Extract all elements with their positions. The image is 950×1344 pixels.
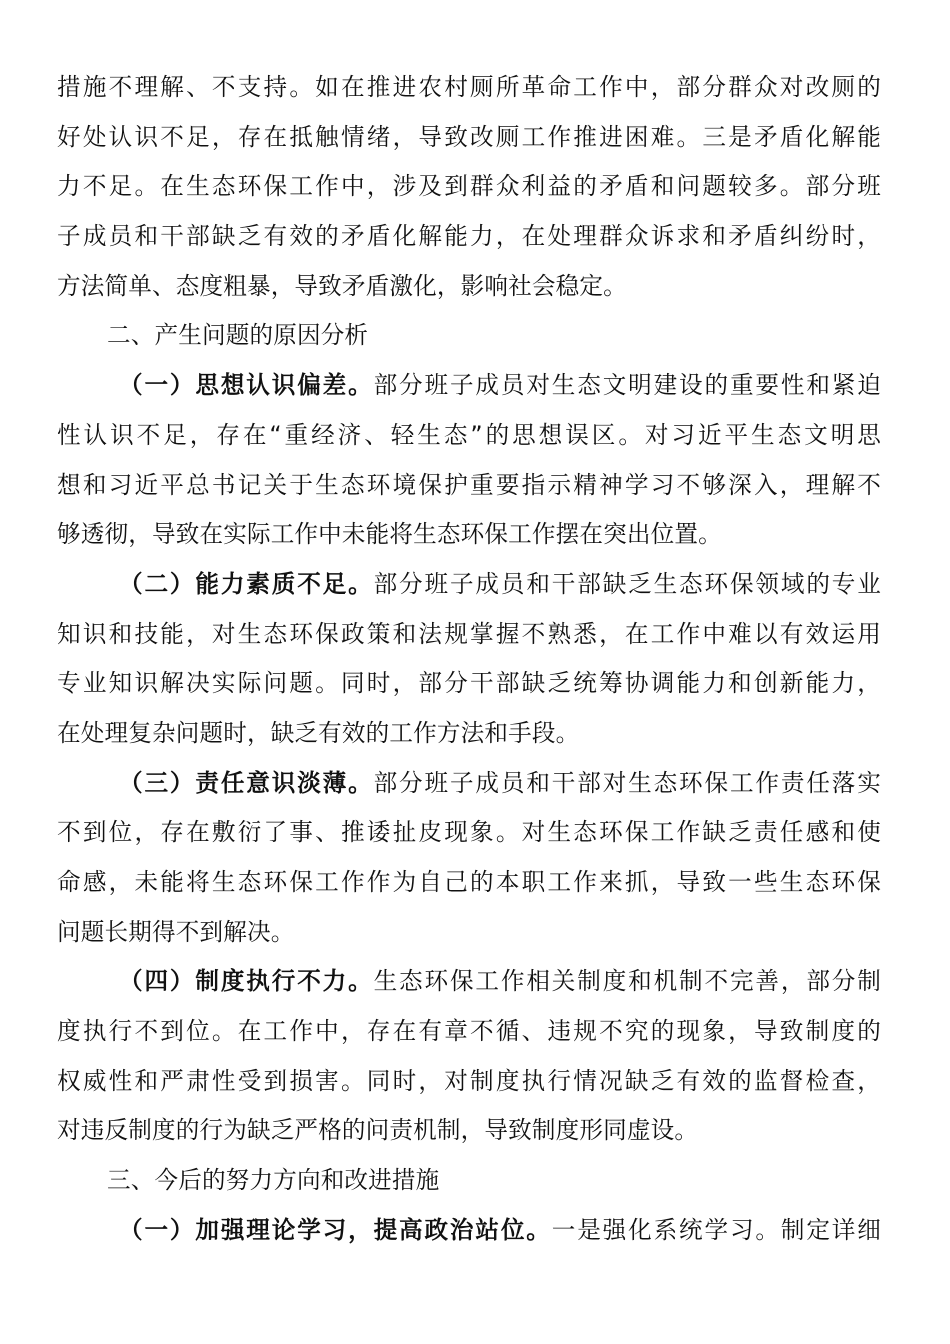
- document-page: 措施不理解、不支持。如在推进农村厕所革命工作中，部分群众对改厕的 好处认识不足，…: [57, 63, 881, 1256]
- subsection-first-line: （一）加强理论学习，提高政治站位。一是强化系统学习。制定详细: [57, 1206, 881, 1256]
- subsection-title: （四）制度执行不力。: [119, 967, 374, 995]
- subsection-weak-responsibility: （三）责任意识淡薄。部分班子成员和干部对生态环保工作责任落实 不到位，存在敷衍了…: [57, 759, 881, 958]
- text-line: 问题长期得不到解决。: [57, 908, 881, 958]
- text-line: 力不足。在生态环保工作中，涉及到群众利益的矛盾和问题较多。部分班: [57, 162, 881, 212]
- subsection-title: （二）能力素质不足。: [119, 570, 374, 598]
- text-line: 命感，未能将生态环保工作作为自己的本职工作来抓，导致一些生态环保: [57, 858, 881, 908]
- subsection-ideological-bias: （一）思想认识偏差。部分班子成员对生态文明建设的重要性和紧迫 性认识不足，存在“…: [57, 361, 881, 560]
- subsection-title: （一）加强理论学习，提高政治站位。: [119, 1216, 552, 1244]
- text-line: 对违反制度的行为缺乏严格的问责机制，导致制度形同虚设。: [57, 1106, 881, 1156]
- subsection-text: 一是强化系统学习。制定详细: [552, 1216, 881, 1244]
- subsection-text: 部分班子成员和干部缺乏生态环保领域的专业: [374, 570, 881, 598]
- subsection-first-line: （一）思想认识偏差。部分班子成员对生态文明建设的重要性和紧迫: [57, 361, 881, 411]
- text-line: 子成员和干部缺乏有效的矛盾化解能力，在处理群众诉求和矛盾纠纷时，: [57, 212, 881, 262]
- text-line: 不到位，存在敷衍了事、推诿扯皮现象。对生态环保工作缺乏责任感和使: [57, 808, 881, 858]
- subsection-title: （三）责任意识淡薄。: [119, 769, 374, 797]
- text-line: 专业知识解决实际问题。同时，部分干部缺乏统筹协调能力和创新能力，: [57, 659, 881, 709]
- text-line: 措施不理解、不支持。如在推进农村厕所革命工作中，部分群众对改厕的: [57, 63, 881, 113]
- subsection-weak-enforcement: （四）制度执行不力。生态环保工作相关制度和机制不完善，部分制 度执行不到位。在工…: [57, 957, 881, 1156]
- text-line: 在处理复杂问题时，缺乏有效的工作方法和手段。: [57, 709, 881, 759]
- text-line: 知识和技能，对生态环保政策和法规掌握不熟悉，在工作中难以有效运用: [57, 610, 881, 660]
- subsection-strengthen-study: （一）加强理论学习，提高政治站位。一是强化系统学习。制定详细: [57, 1206, 881, 1256]
- text-line: 权威性和严肃性受到损害。同时，对制度执行情况缺乏有效的监督检查，: [57, 1057, 881, 1107]
- subsection-first-line: （四）制度执行不力。生态环保工作相关制度和机制不完善，部分制: [57, 957, 881, 1007]
- subsection-text: 生态环保工作相关制度和机制不完善，部分制: [374, 967, 881, 995]
- text-line: 好处认识不足，存在抵触情绪，导致改厕工作推进困难。三是矛盾化解能: [57, 113, 881, 163]
- subsection-title: （一）思想认识偏差。: [119, 371, 374, 399]
- body-paragraph: 措施不理解、不支持。如在推进农村厕所革命工作中，部分群众对改厕的 好处认识不足，…: [57, 63, 881, 311]
- subsection-first-line: （三）责任意识淡薄。部分班子成员和干部对生态环保工作责任落实: [57, 759, 881, 809]
- subsection-text: 部分班子成员对生态文明建设的重要性和紧迫: [374, 371, 881, 399]
- text-line: 想和习近平总书记关于生态环境保护重要指示精神学习不够深入，理解不: [57, 461, 881, 511]
- subsection-insufficient-ability: （二）能力素质不足。部分班子成员和干部缺乏生态环保领域的专业 知识和技能，对生态…: [57, 560, 881, 759]
- text-line: 方法简单、态度粗暴，导致矛盾激化，影响社会稳定。: [57, 262, 881, 312]
- text-line: 够透彻，导致在实际工作中未能将生态环保工作摆在突出位置。: [57, 510, 881, 560]
- text-line: 度执行不到位。在工作中，存在有章不循、违规不究的现象，导致制度的: [57, 1007, 881, 1057]
- section-heading-improvements: 三、今后的努力方向和改进措施: [57, 1156, 881, 1206]
- subsection-first-line: （二）能力素质不足。部分班子成员和干部缺乏生态环保领域的专业: [57, 560, 881, 610]
- subsection-text: 部分班子成员和干部对生态环保工作责任落实: [374, 769, 881, 797]
- section-heading-causes: 二、产生问题的原因分析: [57, 311, 881, 361]
- text-line: 性认识不足，存在“重经济、轻生态”的思想误区。对习近平生态文明思: [57, 411, 881, 461]
